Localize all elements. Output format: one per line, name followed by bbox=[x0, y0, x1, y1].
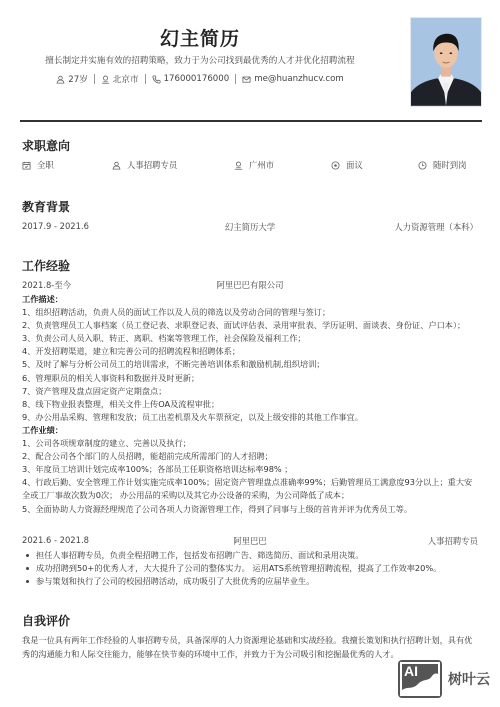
job-2-bullet: 成功招聘到50+的优秀人才，大大提升了公司的整体实力。 运用ATS系统管理招聘流… bbox=[22, 562, 478, 575]
watermark-logo-icon: AI bbox=[398, 660, 442, 698]
job-2-bullet: 担任人事招聘专员，负责全程招聘工作，包括发布招聘广告、筛选简历、面试和录用决策。 bbox=[22, 549, 478, 562]
resume-header: 幻主简历 擅长制定并实施有效的招聘策略，致力于为公司找到最优秀的人才并优化招聘流… bbox=[0, 0, 500, 122]
contact-phone[interactable]: 176000176000 bbox=[152, 74, 230, 84]
job-2-role: 人事招聘专员 bbox=[428, 535, 478, 547]
watermark-brand: 树叶云 bbox=[448, 669, 490, 689]
job-1-achv-item: 4、行政后勤、安全管理工作计划实施完成率100%；固定资产管理盘点准确率99%；… bbox=[22, 476, 478, 502]
separator bbox=[235, 74, 236, 84]
separator bbox=[145, 74, 146, 84]
job-1-achv-item: 3、年度员工培训计划完成率100%；各部员工任职资格培训达标率98% ； bbox=[22, 463, 478, 476]
intent-job-type: 全职 bbox=[22, 159, 54, 171]
job-1-achv-item: 2、配合公司各个部门的人员招聘，能超前完成所需部门的人才招聘； bbox=[22, 450, 478, 463]
job-1-achv-label: 工作业绩： bbox=[22, 424, 478, 437]
clock-icon bbox=[418, 161, 427, 170]
education-major: 人力资源管理（本科） bbox=[394, 221, 478, 233]
contact-age: 27岁 bbox=[56, 73, 88, 85]
job-1-header: 2021.8-至今 阿里巴巴有限公司 bbox=[22, 279, 478, 291]
job-1-achv-item: 5、全面协助人力资源经理规范了公司各项人力资源管理工作，得到了同事与上级的首肯并… bbox=[22, 503, 478, 516]
job-2-bullet: 参与策划和执行了公司的校园招聘活动，成功吸引了大批优秀的应届毕业生。 bbox=[22, 575, 478, 588]
candidate-tagline: 擅长制定并实施有效的招聘策略，致力于为公司找到最优秀的人才并优化招聘流程 bbox=[0, 54, 400, 66]
job-1-desc-item: 1、组织招聘活动，负责人员的面试工作以及人员的筛选以及劳动合同的管理与签订； bbox=[22, 306, 478, 319]
job-1-desc-item: 8、线下物业报表整理，相关文件上传OA及流程审批； bbox=[22, 398, 478, 411]
calendar-icon bbox=[22, 161, 31, 170]
watermark: AI 树叶云 bbox=[398, 660, 490, 698]
location-icon bbox=[234, 161, 243, 170]
intent-position: 人事招聘专员 bbox=[112, 159, 177, 171]
education-entry: 2017.9 - 2021.6 幻主简历大学 人力资源管理（本科） bbox=[22, 221, 478, 233]
job-1-desc-item: 4、开发招聘渠道，建立和完善公司的招聘流程和招聘体系； bbox=[22, 345, 478, 358]
intent-city: 广州市 bbox=[234, 159, 274, 171]
header-divider bbox=[20, 120, 482, 122]
intent-availability: 随时到岗 bbox=[418, 159, 467, 171]
user-icon bbox=[112, 161, 121, 170]
section-title-work: 工作经验 bbox=[22, 257, 70, 274]
candidate-name: 幻主简历 bbox=[0, 24, 400, 51]
profile-photo bbox=[410, 17, 482, 107]
job-1-desc-item: 2、负责管理员工人事档案（员工登记表、求职登记表、面试评估表、录用审批表、学历证… bbox=[22, 319, 478, 332]
location-icon bbox=[101, 75, 110, 84]
contact-location: 北京市 bbox=[101, 73, 139, 85]
intent-salary: 面议 bbox=[331, 159, 363, 171]
job-1-desc-label: 工作描述： bbox=[22, 293, 478, 306]
section-title-self-eval: 自我评价 bbox=[22, 612, 70, 629]
self-eval-text: 我是一位具有两年工作经验的人事招聘专员，具备深厚的人力资源理论基础和实战经验。我… bbox=[22, 634, 478, 661]
mail-icon bbox=[242, 75, 251, 84]
target-icon bbox=[331, 161, 340, 170]
job-1-desc-item: 5、及时了解与分析公司员工的培训需求，不断完善培训体系和激励机制,组织培训； bbox=[22, 358, 478, 371]
user-icon bbox=[56, 75, 65, 84]
section-title-education: 教育背景 bbox=[22, 198, 70, 215]
separator bbox=[94, 74, 95, 84]
job-1-desc-item: 7、资产管理及盘点固定资产定期盘点； bbox=[22, 385, 478, 398]
job-2-bullets: 担任人事招聘专员，负责全程招聘工作，包括发布招聘广告、筛选简历、面试和录用决策。… bbox=[22, 549, 478, 589]
job-1-desc-item: 3、负责公司人员入职、转正、离职、档案等管理工作，社会保险及福利工作； bbox=[22, 332, 478, 345]
job-1-details: 工作描述： 1、组织招聘活动，负责人员的面试工作以及人员的筛选以及劳动合同的管理… bbox=[22, 293, 478, 516]
job-2-header: 2021.6 - 2021.8 阿里巴巴 人事招聘专员 bbox=[22, 535, 478, 547]
contact-email[interactable]: me@huanzhucv.com bbox=[242, 74, 344, 84]
resume-page: 幻主简历 擅长制定并实施有效的招聘策略，致力于为公司找到最优秀的人才并优化招聘流… bbox=[0, 0, 500, 707]
section-title-intent: 求职意向 bbox=[22, 137, 70, 154]
job-2-company: 阿里巴巴 bbox=[22, 535, 478, 547]
job-1-desc-item: 6、管理职员的相关人事资料和数据并及时更新； bbox=[22, 372, 478, 385]
contact-info: 27岁 北京市 176000176000 me@huanzhucv.com bbox=[0, 73, 400, 85]
job-1-achv-item: 1、公司各项规章制度的建立、完善以及执行； bbox=[22, 437, 478, 450]
job-1-company: 阿里巴巴有限公司 bbox=[22, 279, 478, 291]
job-1-desc-item: 9、办公用品采购、管理和发放；员工出差机票及火车票预定，以及上级安排的其他工作事… bbox=[22, 411, 478, 424]
phone-icon bbox=[152, 75, 161, 84]
